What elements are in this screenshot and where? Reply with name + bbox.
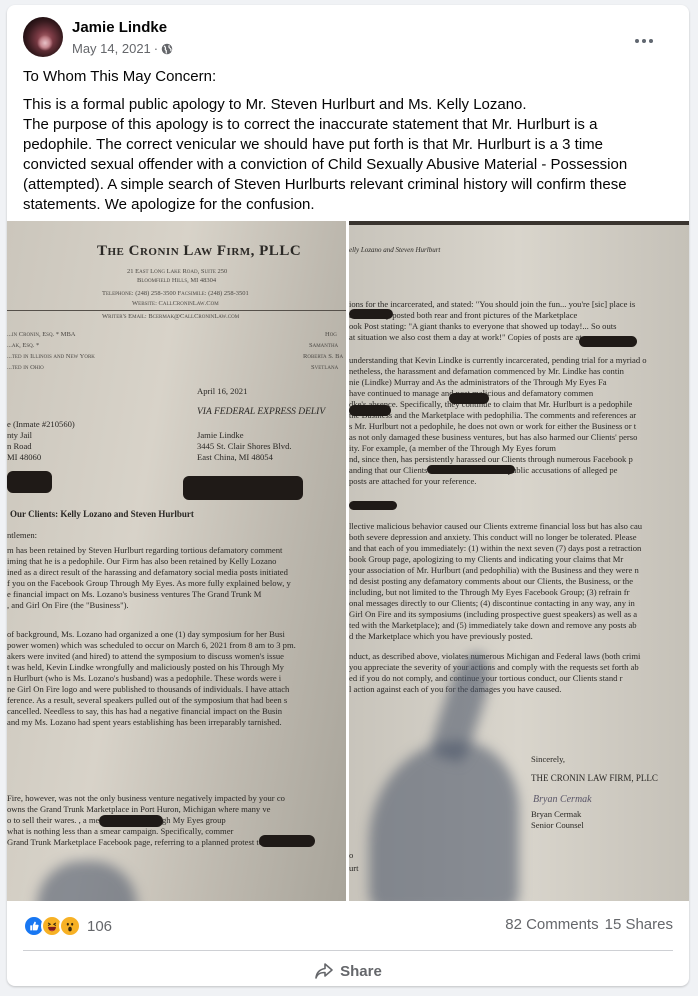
letter-text-line: ity. For example, (a member of the Throu… <box>349 443 556 453</box>
attorney-line: Svetlana <box>311 364 338 371</box>
attorney-line: ...in Cronin, Esq. * MBA <box>7 331 76 338</box>
recipient-line: MI 48060 <box>7 452 41 462</box>
letter-text-line: ne Girl On Fire logo and were published … <box>7 684 289 694</box>
letter-text-line: ined as a direct result of the harassing… <box>7 567 288 577</box>
letter-text-line: you appreciate the severity of your acti… <box>349 662 639 672</box>
firm-address-1: 21 East Long Lake Road, Suite 250 <box>127 268 227 275</box>
redaction-mark <box>7 471 52 493</box>
letter-text-line: at situation we also cost them a day at … <box>349 332 582 342</box>
post-body-line-2: The purpose of this apology is to correc… <box>23 115 663 215</box>
share-button[interactable]: Share <box>23 954 673 986</box>
letter-text-line: onal messages directly to our Clients; (… <box>349 598 635 608</box>
letter-text-line: llective malicious behavior caused our C… <box>349 521 642 531</box>
post-body-line-1: This is a formal public apology to Mr. S… <box>23 95 663 115</box>
redaction-mark <box>449 393 489 404</box>
letter-text-line: nie (Lindke) Murray and As the administr… <box>349 377 607 387</box>
redaction-mark <box>99 815 163 827</box>
letter-text-line: and my Ms. Lozano had spent years establ… <box>7 717 282 727</box>
firm-phone: Telephone: (248) 258-3500 Facsimile: (24… <box>102 290 249 297</box>
letter-text-line: n Hurlburt (who is Ms. Lozano's husband)… <box>7 673 281 683</box>
letter-text-line: t was held, Kevin Lindke wrongfully and … <box>7 662 284 672</box>
letter-text-line: nd desist posting any defamatory comment… <box>349 576 633 586</box>
letter-text-line: iming that he is a pedophile. Our Firm h… <box>7 556 276 566</box>
reactions-summary[interactable]: 106 <box>23 915 112 937</box>
cc-line: urt <box>349 863 359 873</box>
attorney-line: Hog <box>325 331 337 338</box>
recipient-line: 3445 St. Clair Shores Blvd. <box>197 441 292 451</box>
letter-text-line: of background, Ms. Lozano had organized … <box>7 629 285 639</box>
redaction-mark <box>349 309 393 319</box>
redaction-mark <box>183 476 303 500</box>
letter-text-line: your association of Mr. Hurlburt (and pe… <box>349 565 639 575</box>
letter-text-line: power women) which was scheduled to occu… <box>7 640 296 650</box>
redaction-mark <box>427 465 515 474</box>
letter-text-line: s Mr. Hurlburt not a pedophile, he does … <box>349 421 636 431</box>
wow-icon <box>59 915 81 937</box>
post-photos: The Cronin Law Firm, PLLC 21 East Long L… <box>7 221 689 901</box>
cc-line: o <box>349 850 353 860</box>
post-header: Jamie Lindke May 14, 2021 · <box>23 17 673 61</box>
salutation: ntlemen: <box>7 530 37 540</box>
attorney-line: ...ak, Esq. * <box>7 342 39 349</box>
letter-text-line: understanding that Kevin Lindke is curre… <box>349 355 647 365</box>
photo-letter-page-1[interactable]: The Cronin Law Firm, PLLC 21 East Long L… <box>7 221 346 901</box>
letter-text-line: nd, since then, has persistently harasse… <box>349 454 633 464</box>
engagement-stats: 82 Comments 15 Shares <box>505 916 673 933</box>
letter-text-line: netheless, the harassment and defamation… <box>349 366 624 376</box>
letter-text-line: ook Post stating: "A giant thanks to eve… <box>349 321 617 331</box>
letter-text-line: ference. As a result, several speakers p… <box>7 695 287 705</box>
letter-text-line: nduct, as described above, violates nume… <box>349 651 640 661</box>
letter-text-line: cancelled. Needless to say, this has had… <box>7 706 282 716</box>
signature: Bryan Cermak <box>533 794 592 805</box>
hand-shadow <box>37 861 137 901</box>
redaction-mark <box>259 835 315 847</box>
attorney-line: ...ted in Ohio <box>7 364 44 371</box>
letter-text-line: what is nothing less than a smear campai… <box>7 826 233 836</box>
author-name[interactable]: Jamie Lindke <box>72 19 167 36</box>
letter-closing-firm: THE CRONIN LAW FIRM, PLLC <box>531 773 658 783</box>
letter-text-line: owns the Grand Trunk Marketplace in Port… <box>7 804 271 814</box>
post-date[interactable]: May 14, 2021 <box>72 41 151 56</box>
redaction-mark <box>349 405 391 416</box>
letter-text-line: as not only damaged these business ventu… <box>349 432 637 442</box>
letter-text-line: d the Marketplace which you have previou… <box>349 631 533 641</box>
firm-website: Website: CallCroninLaw.Com <box>132 300 219 307</box>
attorney-line: Roberta S. Ba <box>303 353 343 360</box>
letter-text-line: and that each of you immediately: (1) wi… <box>349 543 641 553</box>
letter-text-line: posts are attached for your reference. <box>349 476 476 486</box>
photo-edge <box>349 221 689 225</box>
letter-text-line: dke's absence. Specifically, they contin… <box>349 399 632 409</box>
letter-text-line: book Group page, apologizing to my Clien… <box>349 554 623 564</box>
firm-email: Writer's Email: Bcermak@CallCroninLaw.co… <box>102 313 239 320</box>
letter-text-line: f you on the Facebook Group Through My E… <box>7 578 291 588</box>
letter-text-line: Girl On Fire and its symposiums (includi… <box>349 609 637 619</box>
attorney-line: ...ted in Illinois and New York <box>7 353 95 360</box>
post-card: Jamie Lindke May 14, 2021 · To Whom This… <box>7 5 689 986</box>
letter-text-line: including, but not limited to the Throug… <box>349 587 630 597</box>
letter-text-line: , and Girl On Fire (the "Business"). <box>7 600 129 610</box>
author-avatar[interactable] <box>23 17 63 57</box>
attorney-line: Samantha <box>309 342 338 349</box>
shares-count-link[interactable]: 15 Shares <box>605 916 673 933</box>
firm-address-2: Bloomfield Hills, MI 48304 <box>137 277 216 284</box>
post-greeting: To Whom This May Concern: <box>23 67 663 87</box>
recipient-line: nty Jail <box>7 430 32 440</box>
letter-date: April 16, 2021 <box>197 386 247 396</box>
more-options-icon <box>635 39 639 43</box>
photo-letter-page-2[interactable]: elly Lozano and Steven Hurlburt ions for… <box>349 221 689 901</box>
more-options-button[interactable] <box>629 31 659 51</box>
recipient-line: East China, MI 48054 <box>197 452 273 462</box>
share-label: Share <box>340 963 382 980</box>
letter-text-line: Grand Trunk Marketplace Facebook page, r… <box>7 837 281 847</box>
letter-closing: Sincerely, <box>531 754 565 764</box>
re-line: elly Lozano and Steven Hurlburt <box>349 246 440 254</box>
share-icon <box>314 961 334 981</box>
globe-icon[interactable] <box>161 43 173 55</box>
signer-name: Bryan Cermak <box>531 809 581 819</box>
hand-shadow <box>369 741 519 901</box>
letter-text-line: ions for the incarcerated, and stated: "… <box>349 299 635 309</box>
letter-text-line: akers were invited (and hired) to attend… <box>7 651 284 661</box>
letter-text-line: both severe depression and anxiety. This… <box>349 532 637 542</box>
recipient-line: Jamie Lindke <box>197 430 244 440</box>
letter-text-line: m has been retained by Steven Hurlburt r… <box>7 545 282 555</box>
letter-text-line: ted with the Marketplace); and (5) immed… <box>349 620 637 630</box>
redaction-mark <box>579 336 637 347</box>
recipient-line: e (Inmate #210560) <box>7 419 75 429</box>
letter-text-line: Fire, however, was not the only business… <box>7 793 285 803</box>
redaction-mark <box>349 501 397 510</box>
post-meta: May 14, 2021 · <box>72 41 173 56</box>
post-footer: 106 82 Comments 15 Shares Share <box>23 905 673 985</box>
letter-text-line: the Business and the Marketplace with pe… <box>349 410 636 420</box>
firm-name: The Cronin Law Firm, PLLC <box>97 243 301 260</box>
footer-divider <box>23 950 673 951</box>
recipient-line: n Road <box>7 441 32 451</box>
signer-title: Senior Counsel <box>531 820 584 830</box>
delivery-method: VIA FEDERAL EXPRESS DELIV <box>197 407 325 417</box>
letter-text-line: e financial impact on Ms. Lozano's busin… <box>7 589 261 599</box>
re-line: Our Clients: Kelly Lozano and Steven Hur… <box>10 509 194 519</box>
post-text: To Whom This May Concern: This is a form… <box>23 67 663 215</box>
comments-count-link[interactable]: 82 Comments <box>505 916 598 933</box>
letterhead-rule <box>7 310 346 311</box>
reaction-count: 106 <box>87 918 112 935</box>
meta-separator: · <box>154 41 158 56</box>
